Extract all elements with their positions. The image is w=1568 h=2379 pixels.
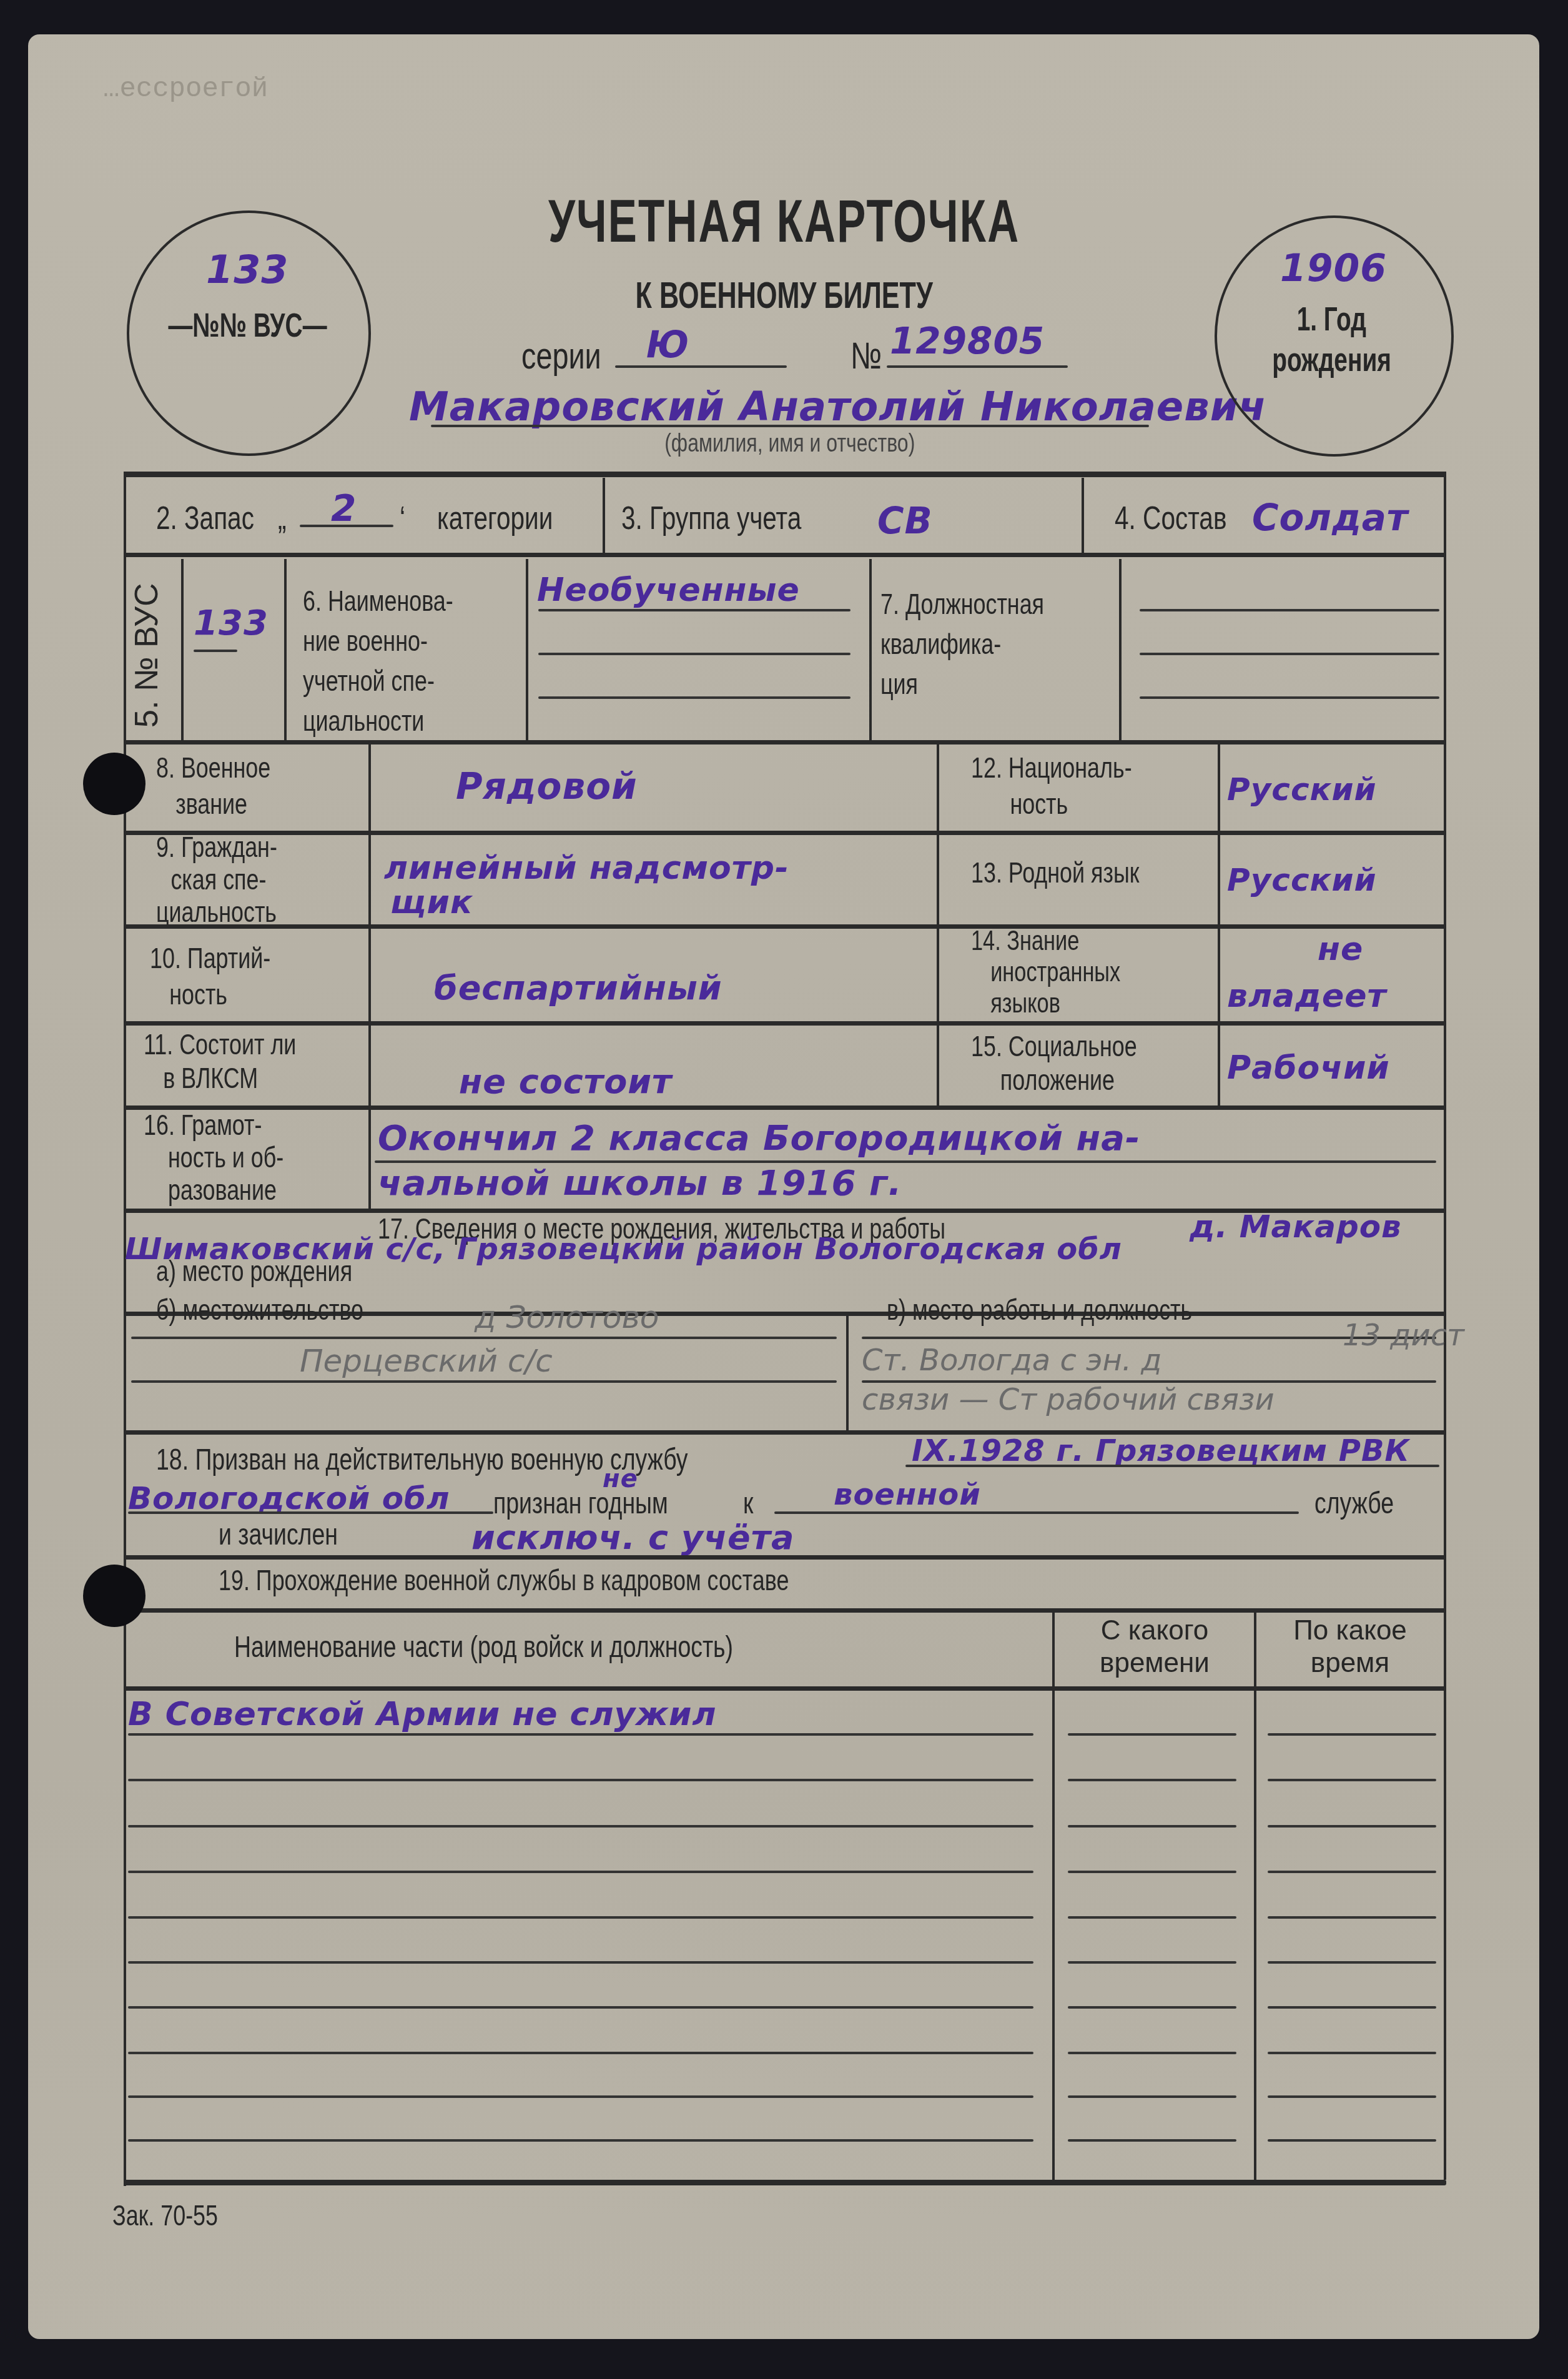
- series-value: Ю: [646, 324, 689, 366]
- native-language-label: 13. Родной язык: [971, 856, 1139, 889]
- rank-value: Рядовой: [456, 765, 638, 808]
- punch-hole-top: [83, 753, 145, 815]
- conscripted-value: IX.1928 г. Грязовецким РВК: [912, 1433, 1410, 1468]
- number-label: №: [851, 334, 882, 377]
- punch-hole-bottom: [83, 1565, 145, 1627]
- full-name: Макаровский Анатолий Николаевич: [409, 384, 1267, 430]
- vus-label: 5. № ВУС: [128, 690, 165, 728]
- work-value-1: Ст. Вологда с эн. д: [862, 1343, 1162, 1378]
- reserve-label: 2. Запас: [156, 500, 254, 537]
- section-19-title: 19. Прохождение военной службы в кадрово…: [219, 1563, 789, 1597]
- komsomol-value: не состоит: [459, 1062, 672, 1101]
- number-value: 129805: [890, 320, 1045, 362]
- residence-value-2: Перцевский с/с: [300, 1343, 553, 1379]
- faint-stamp: …ессроегой: [103, 74, 268, 105]
- group-label: 3. Группа учета: [621, 500, 801, 537]
- reserve-value: 2: [331, 487, 357, 530]
- education-line-1: Окончил 2 класса Богородицкой на-: [378, 1118, 1140, 1159]
- enrolled-value: исключ. с учёта: [471, 1518, 794, 1557]
- column-header-unit: Наименование части (род войск и должност…: [234, 1630, 733, 1664]
- residence-label: б) местожительство: [156, 1293, 363, 1327]
- series-label: серии: [521, 334, 601, 377]
- qualification-label: 7. Должностнаяквалифика-ция: [880, 584, 1044, 704]
- vus-circle-label: —№№ ВУС—: [168, 306, 327, 345]
- column-header-to: По какоевремя: [1256, 1615, 1444, 1679]
- komsomol-label: 11. Состоит лив ВЛКСМ: [144, 1027, 296, 1095]
- native-language-value: Русский: [1227, 862, 1377, 898]
- column-header-from: С какоговремени: [1055, 1615, 1254, 1679]
- service-row-1-unit: В Советской Армии не служил: [128, 1696, 717, 1733]
- birthplace-label: а) место рождения: [156, 1254, 352, 1288]
- rank-label: 8. Военноезвание: [156, 749, 270, 822]
- group-value: СВ: [877, 500, 933, 542]
- full-name-caption: (фамилия, имя и отчество): [664, 430, 915, 458]
- fit-value: военной: [834, 1477, 981, 1512]
- specialty-label: 6. Наименова-ние военно-учетной спе-циал…: [303, 581, 453, 741]
- composition-value: Солдат: [1252, 497, 1409, 539]
- residence-value-1: д Золотово: [475, 1299, 659, 1335]
- page-title: УЧЕТНАЯ КАРТОЧКА: [548, 187, 1020, 256]
- birth-year-label: 1. Год: [1297, 300, 1366, 339]
- party-value: беспартийный: [434, 968, 722, 1007]
- reserve-suffix: категории: [437, 500, 553, 537]
- work-value-2: связи — Ст рабочий связи: [862, 1382, 1275, 1417]
- composition-label: 4. Состав: [1115, 500, 1226, 537]
- foreign-languages-value: не: [1318, 931, 1363, 968]
- work-label: в) место работы и должность: [887, 1293, 1192, 1327]
- social-status-value: Рабочий: [1227, 1049, 1390, 1087]
- table-border-left: [124, 472, 126, 2186]
- vus-circle-value: 133: [206, 247, 288, 292]
- order-number: Зак. 70-55: [112, 2198, 218, 2232]
- civil-specialty-label: 9. Граждан-ская спе-циальность: [156, 831, 277, 928]
- education-label: 16. Грамот-ность и об-разование: [144, 1109, 284, 1206]
- civil-specialty-value: линейный надсмотр-: [384, 849, 789, 887]
- party-label: 10. Партий-ность: [150, 940, 270, 1012]
- vus-value: 133: [194, 603, 269, 643]
- page-subtitle: К ВОЕННОМУ БИЛЕТУ: [635, 274, 932, 317]
- fit-label: признан годным: [493, 1486, 668, 1521]
- specialty-value: Необученные: [537, 571, 800, 609]
- enrolled-label: и зачислен: [219, 1518, 338, 1552]
- foreign-languages-label: 14. Знаниеиностранныхязыков: [971, 926, 1120, 1019]
- nationality-value: Русский: [1227, 771, 1377, 808]
- birth-year-value: 1906: [1280, 247, 1387, 290]
- education-line-2: чальной школы в 1916 г.: [378, 1163, 902, 1204]
- nationality-label: 12. Националь-ность: [971, 749, 1132, 822]
- social-status-label: 15. Социальноеположение: [971, 1029, 1137, 1097]
